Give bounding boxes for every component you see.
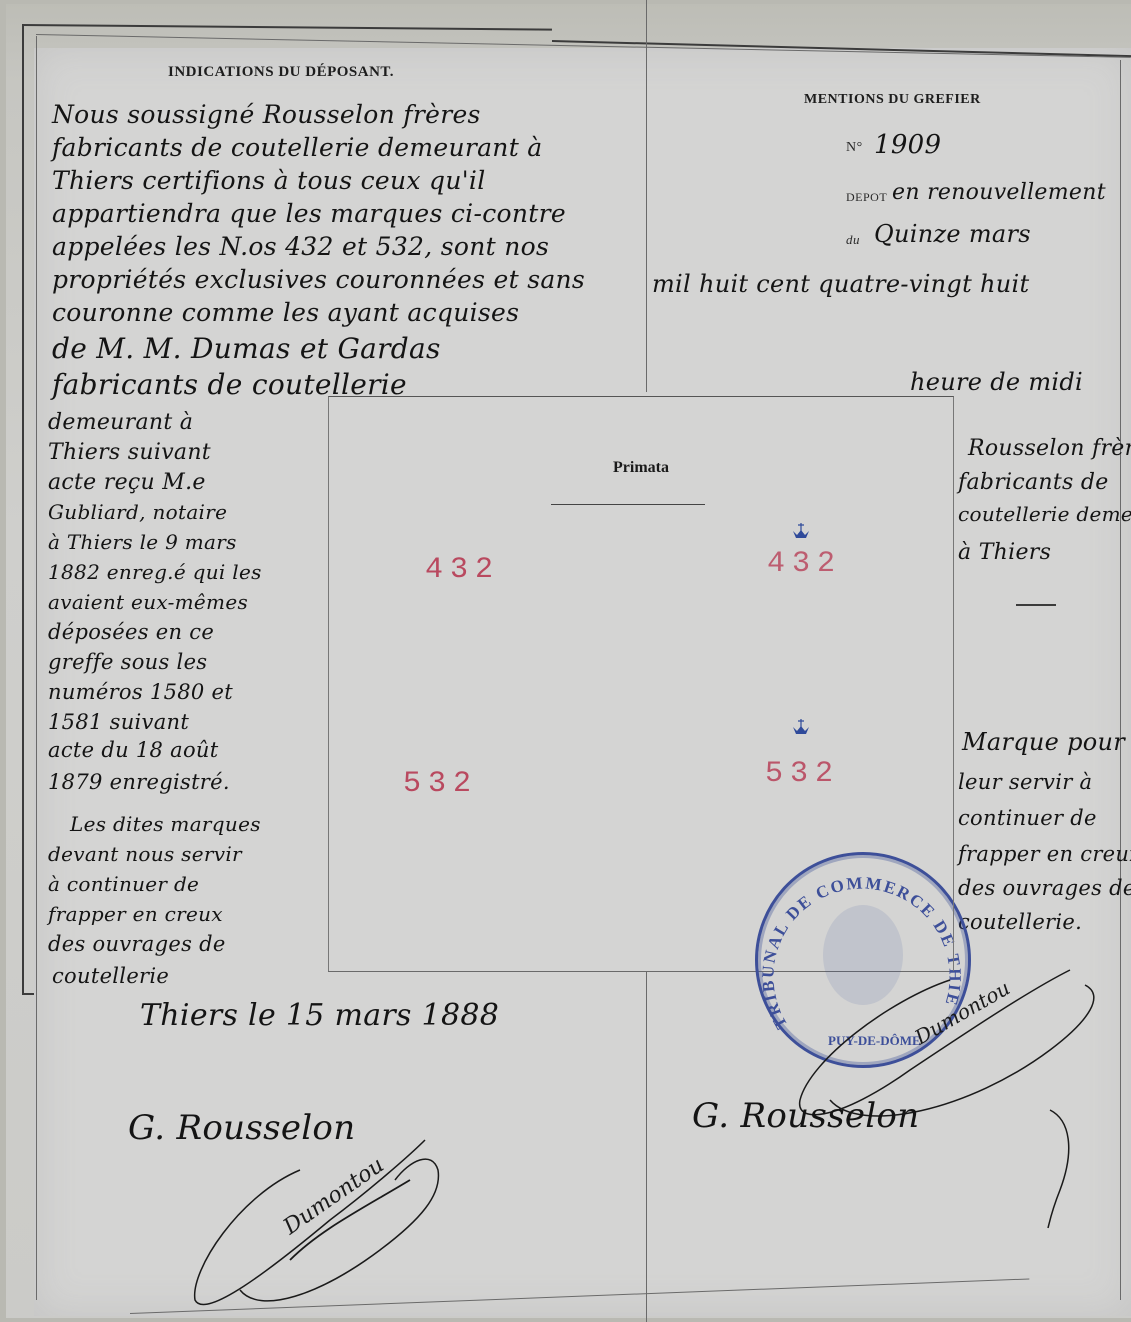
handwritten-line: Gubliard, notaire <box>48 500 227 524</box>
handwritten-line: des ouvrages de <box>958 876 1131 900</box>
signature-rousselon-right: G. Rousselon <box>692 1096 919 1136</box>
number-label: N° <box>846 140 863 156</box>
mark-number-crowned: 432 <box>767 547 842 581</box>
column-divider-bottom <box>646 972 647 1322</box>
svg-text:Dumontou: Dumontou <box>278 1153 388 1241</box>
deposit-year: mil huit cent quatre-vingt huit <box>652 270 1029 298</box>
handwritten-line: fabricants de <box>958 470 1109 495</box>
handwritten-line: acte reçu M.e <box>48 470 206 495</box>
handwritten-line: propriétés exclusives couronnées et sans <box>52 263 585 296</box>
handwritten-line: fabricants de coutellerie demeurant à <box>52 131 543 164</box>
handwritten-line: des ouvrages de <box>48 932 226 956</box>
mark-number: 532 <box>403 767 478 801</box>
registration-number: 1909 <box>874 130 941 160</box>
mark-number: 432 <box>425 553 500 587</box>
handwritten-line: demeurant à <box>48 410 193 435</box>
date-label: du <box>846 232 860 248</box>
deposit-type: en renouvellement <box>892 180 1106 205</box>
handwritten-line: continuer de <box>958 806 1097 830</box>
left-inner-border <box>36 36 37 1300</box>
handwritten-line: devant nous servir <box>48 842 242 866</box>
signature-tail <box>1030 1100 1090 1230</box>
deposit-label: DEPOT <box>846 190 887 205</box>
crown-icon <box>790 717 812 739</box>
handwritten-line: frapper en creux <box>958 842 1131 866</box>
handwritten-line: Thiers certifions à tous ceux qu'il <box>52 164 486 197</box>
handwritten-line: frapper en creux <box>48 902 223 926</box>
handwritten-line: appelées les N.os 432 et 532, sont nos <box>52 230 549 263</box>
handwritten-line: numéros 1580 et <box>48 680 233 704</box>
handwritten-line: déposées en ce <box>48 620 214 644</box>
left-outer-border-foot <box>22 993 34 995</box>
handwritten-line: de M. M. Dumas et Gardas <box>52 332 441 365</box>
deposit-date: Quinze mars <box>874 220 1031 248</box>
brand-name: Primata <box>329 459 953 477</box>
handwritten-line: Nous soussigné Rousselon frères <box>52 98 481 131</box>
handwritten-line: avaient eux-mêmes <box>48 590 248 614</box>
signature-flourish-left: Dumontou <box>180 1100 480 1320</box>
handwritten-line: leur servir à <box>958 770 1092 794</box>
mark-number-crowned: 532 <box>765 757 840 791</box>
column-divider-top <box>646 0 647 392</box>
place-date: Thiers le 15 mars 1888 <box>140 998 499 1033</box>
handwritten-line: Thiers suivant <box>48 440 211 465</box>
clerk-section-heading: MENTIONS DU GREFIER <box>804 92 981 108</box>
handwritten-line: 1879 enregistré. <box>48 770 230 794</box>
handwritten-line: à Thiers le 9 mars <box>48 530 237 554</box>
handwritten-line: 1581 suivant <box>48 710 189 734</box>
handwritten-line: couronne comme les ayant acquises <box>52 296 519 329</box>
left-outer-border <box>22 24 24 994</box>
dash-separator <box>1016 604 1056 606</box>
handwritten-line: Les dites marques <box>70 812 261 836</box>
handwritten-line: à continuer de <box>48 872 199 896</box>
trademark-panel: Primata 432 432 532 532 <box>328 396 954 971</box>
crown-icon <box>790 521 812 543</box>
handwritten-line: appartiendra que les marques ci-contre <box>52 197 566 230</box>
handwritten-line: acte du 18 août <box>48 738 219 762</box>
handwritten-line: Rousselon frères <box>968 436 1131 461</box>
handwritten-line: à Thiers <box>958 540 1051 565</box>
handwritten-line: coutellerie. <box>958 910 1082 934</box>
handwritten-line: coutellerie demeurant <box>958 502 1131 526</box>
handwritten-line: coutellerie <box>52 964 169 988</box>
title-rule <box>551 504 705 505</box>
deposit-hour: heure de midi <box>910 368 1083 396</box>
handwritten-line: 1882 enreg.é qui les <box>48 560 262 584</box>
archival-document: INDICATIONS DU DÉPOSANT. Nous soussigné … <box>0 0 1131 1322</box>
handwritten-line: greffe sous les <box>48 650 207 674</box>
depositor-section-heading: INDICATIONS DU DÉPOSANT. <box>168 64 394 81</box>
handwritten-line: Marque pour <box>962 728 1125 756</box>
